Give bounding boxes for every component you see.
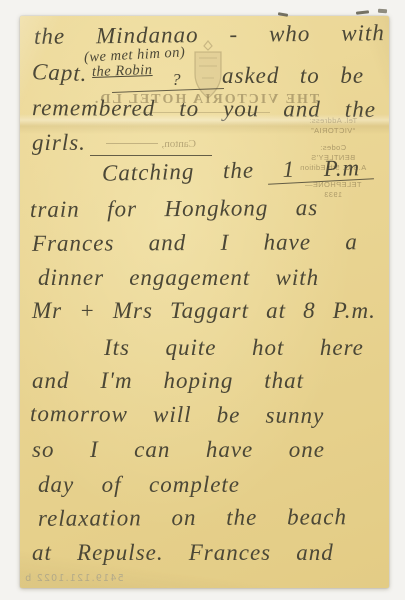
handwritten-line: relaxation on the beach <box>38 504 347 532</box>
handwritten-line: remembered to you and the <box>32 95 376 123</box>
handwritten-capt: Capt. <box>32 59 88 87</box>
codes-label: Codes: <box>298 143 368 153</box>
handwritten-line: girls. <box>32 130 86 156</box>
ink-mark <box>378 9 387 14</box>
accession-number-showthrough: 5419.121.1022 b <box>24 573 124 584</box>
handwritten-line: and I'm hoping that <box>32 368 304 394</box>
date-blank-line <box>106 143 158 144</box>
place-dateline-showthrough: Canton, <box>94 138 196 150</box>
insert-annotation-bottom: the Robin <box>92 62 153 81</box>
handwritten-line: Catching the 1 P.m <box>102 155 361 186</box>
handwritten-line: day of complete <box>38 472 240 498</box>
letter-paper: THE VICTORIA HOTEL LD. Tel. Address: “VI… <box>20 16 389 588</box>
place-label: Canton, <box>161 138 196 150</box>
handwritten-line: dinner engagement with <box>38 265 319 291</box>
handwritten-line: Its quite hot here <box>104 335 364 361</box>
question-mark: ? <box>172 70 182 90</box>
handwritten-line: the Mindanao - who with <box>34 20 385 50</box>
handwritten-line: asked to be <box>222 63 364 89</box>
handwritten-line: at Repulse. Frances and <box>32 540 334 566</box>
handwritten-line: train for Hongkong as <box>30 195 318 223</box>
handwritten-line: Mr + Mrs Taggart at 8 P.m. <box>32 298 376 324</box>
handwritten-line: so I can have one <box>32 437 325 463</box>
handwritten-line: Frances and I have a <box>32 229 358 257</box>
ink-mark <box>356 10 369 14</box>
flourish-line <box>90 155 212 156</box>
handwritten-line: tomorrow will be sunny <box>30 401 324 429</box>
tel-address-value: “VICTORIA” <box>298 126 368 136</box>
ink-mark <box>278 12 288 17</box>
